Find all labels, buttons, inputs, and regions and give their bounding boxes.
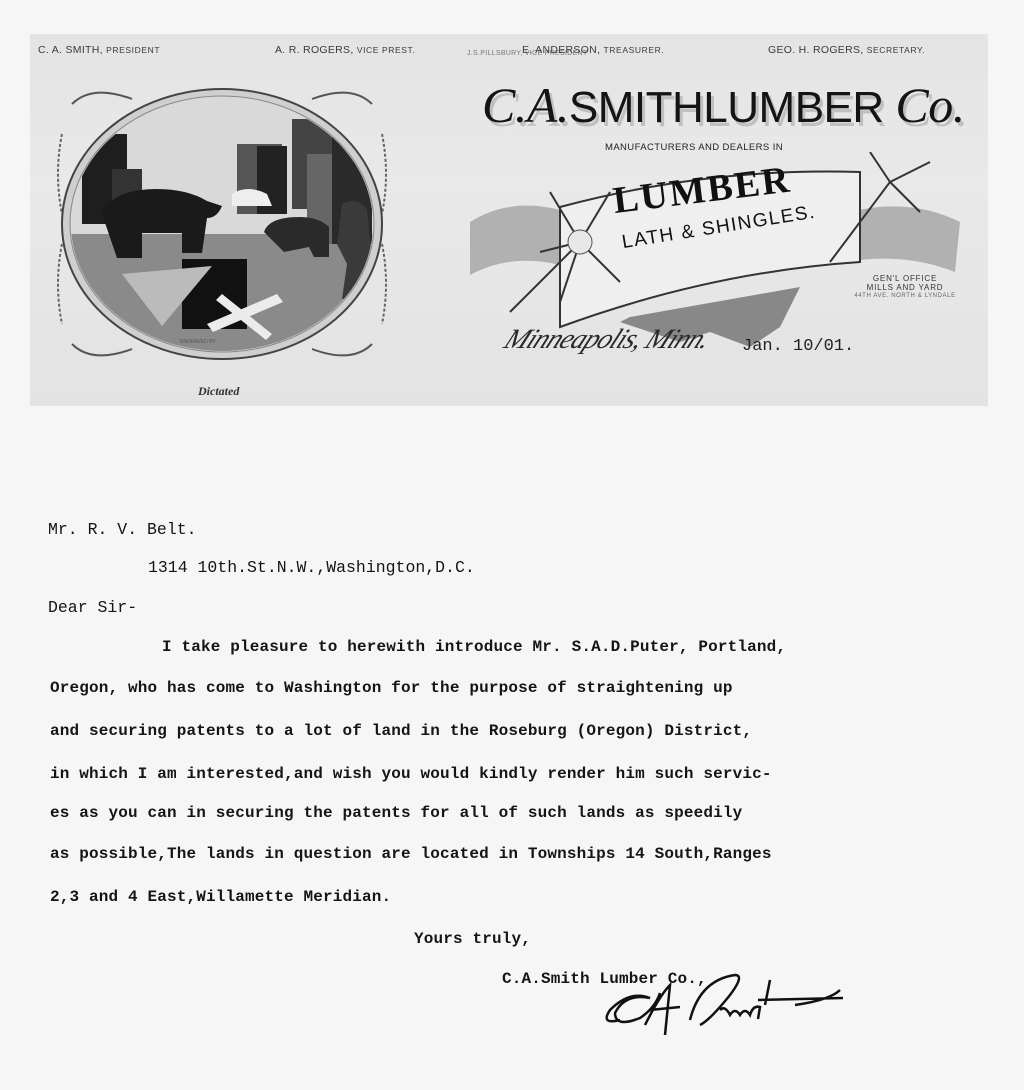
officer-secretary: GEO. H. ROGERS, SECRETARY. bbox=[768, 44, 925, 56]
place-script: Minneapolis, Minn. bbox=[499, 324, 716, 356]
body-line: I take pleasure to herewith introduce Mr… bbox=[162, 638, 786, 656]
company-name: C.A.SMITH​LUMBER Co. bbox=[482, 76, 972, 134]
salutation: Dear Sir- bbox=[48, 598, 137, 617]
addressee: Mr. R. V. Belt. bbox=[48, 520, 197, 539]
handwritten-signature-icon bbox=[590, 970, 890, 1050]
body-line: Oregon, who has come to Washington for t… bbox=[50, 679, 733, 697]
bears-lumber-vignette bbox=[52, 74, 392, 374]
officer-president: C. A. SMITH, PRESIDENT bbox=[38, 44, 160, 56]
body-line: es as you can in securing the patents fo… bbox=[50, 804, 742, 822]
office-address: GEN'L OFFICE MILLS AND YARD 44TH AVE. NO… bbox=[820, 274, 990, 301]
body-line: as possible,The lands in question are lo… bbox=[50, 845, 772, 863]
company-tagline: MANUFACTURERS AND DEALERS IN bbox=[605, 142, 783, 153]
officer-treasurer: E. ANDERSON, TREASURER. bbox=[522, 44, 664, 56]
address: 1314 10th.St.N.W.,Washington,D.C. bbox=[148, 558, 475, 577]
officers-line: C. A. SMITH, PRESIDENT A. R. ROGERS, VIC… bbox=[30, 44, 988, 60]
letter-date: Jan. 10/01. bbox=[742, 337, 854, 356]
dictated-label: Dictated bbox=[198, 384, 239, 399]
body-line: in which I am interested,and wish you wo… bbox=[50, 765, 772, 783]
body-line: and securing patents to a lot of land in… bbox=[50, 722, 752, 740]
signature bbox=[590, 970, 890, 1050]
office-line: GEN'L OFFICE bbox=[820, 274, 990, 283]
vignette-illustration-icon bbox=[52, 74, 392, 374]
engraver-mark: ENGRAVED BY bbox=[180, 339, 216, 345]
body-line: 2,3 and 4 East,Willamette Meridian. bbox=[50, 888, 391, 906]
office-line: 44TH AVE. NORTH & LYNDALE bbox=[820, 292, 990, 301]
letterhead: C. A. SMITH, PRESIDENT A. R. ROGERS, VIC… bbox=[30, 34, 988, 406]
closing: Yours truly, bbox=[414, 930, 531, 948]
office-line: MILLS AND YARD bbox=[820, 283, 990, 292]
officer-vice-president: A. R. ROGERS, VICE PREST. bbox=[275, 44, 415, 56]
